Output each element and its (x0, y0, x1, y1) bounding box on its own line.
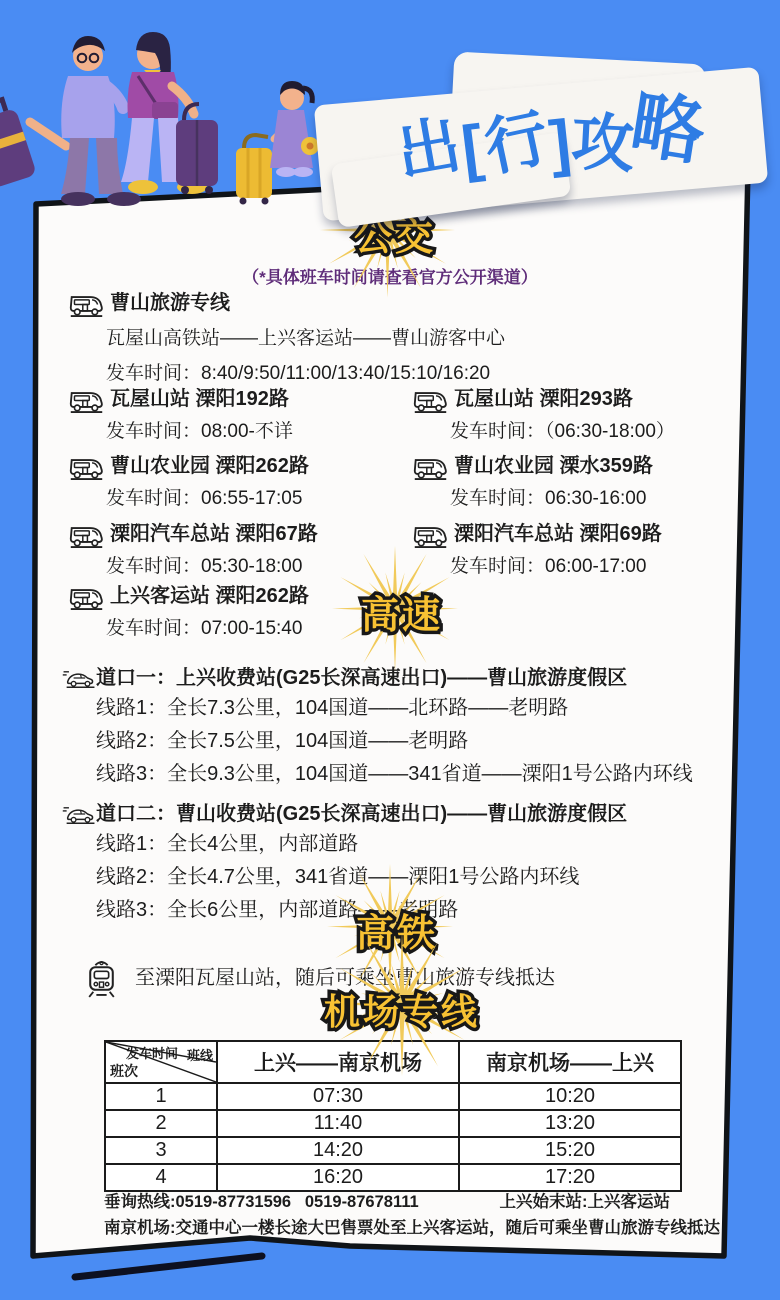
route-name: 溧阳汽车总站 溧阳67路 (110, 521, 318, 548)
bus-route-card: 瓦屋山站 溧阳192路 发车时间：08:00-不详 (68, 386, 293, 445)
bus-icon (68, 291, 105, 318)
airport-access-note: 南京机场:交通中心一楼长途大巴售票处至上兴客运站，随后可乘坐曹山旅游专线抵达 (104, 1214, 754, 1238)
route-name: 曹山农业园 溧阳262路 (110, 453, 309, 480)
trip-number: 3 (105, 1137, 217, 1164)
terminus-note: 上兴始末站:上兴客运站 (500, 1188, 671, 1212)
return-time: 17:20 (459, 1164, 681, 1191)
bus-route-card: 瓦屋山站 溧阳293路 发车时间：（06:30-18:00） (412, 386, 675, 445)
highway-gate-card: 道口一：上兴收费站(G25长深高速出口)——曹山旅游度假区 线路1：全长7.3公… (62, 664, 693, 791)
outbound-time: 14:20 (217, 1137, 459, 1164)
route-name: 上兴客运站 溧阳262路 (110, 583, 309, 610)
bus-icon (68, 387, 105, 414)
route-name: 溧阳汽车总站 溧阳69路 (454, 521, 662, 548)
table-corner-cell: 发车时间 班线 班次 (105, 1041, 217, 1083)
route-times: 发车时间：08:00-不详 (106, 419, 293, 445)
girl-figure (270, 81, 319, 177)
trip-number: 2 (105, 1110, 217, 1137)
column-header-return: 南京机场——上兴 (459, 1041, 681, 1083)
table-row: 3 14:20 15:20 (105, 1137, 681, 1164)
travel-guide-poster: 出[行]攻略 公交 公交 （*具体班车时间请查看官方公开渠道） 曹山旅游专线 瓦… (0, 0, 780, 1300)
route-times: 发车时间：07:00-15:40 (106, 616, 309, 642)
bus-icon (68, 522, 105, 549)
bus-route-card: 上兴客运站 溧阳262路 发车时间：07:00-15:40 (68, 583, 309, 642)
return-time: 15:20 (459, 1137, 681, 1164)
gate-route-line: 线路2：全长7.5公里，104国道——老明路 (96, 725, 693, 758)
table-row: 1 07:30 10:20 (105, 1083, 681, 1110)
tilted-suitcase (0, 96, 37, 188)
corner-label-line: 班线 (187, 1045, 213, 1064)
route-times: 发车时间：06:55-17:05 (106, 486, 309, 512)
bus-route-card: 溧阳汽车总站 溧阳67路 发车时间：05:30-18:00 (68, 521, 318, 580)
yellow-suitcase (236, 135, 272, 205)
gate-route-line: 线路3：全长9.3公里，104国道——341省道——溧阳1号公路内环线 (96, 758, 693, 791)
bus-icon (412, 387, 449, 414)
section-header-highway: 高速 高速 (317, 596, 487, 638)
route-times: 发车时间：06:00-17:00 (450, 554, 662, 580)
table-footnote-row: 垂询热线:0519-87731596 0519-87678111 上兴始末站:上… (104, 1188, 670, 1212)
route-times: 发车时间：8:40/9:50/11:00/13:40/15:10/16:20 (106, 361, 505, 387)
outbound-time: 07:30 (217, 1083, 459, 1110)
bus-route-card: 曹山农业园 溧阳262路 发车时间：06:55-17:05 (68, 453, 309, 512)
section-header-airport: 机场专线 机场专线 (262, 992, 542, 1032)
corner-label-no: 班次 (110, 1061, 138, 1081)
outbound-time: 16:20 (217, 1164, 459, 1191)
car-icon (62, 802, 96, 826)
hotline-note: 垂询热线:0519-87731596 0519-87678111 (104, 1188, 419, 1212)
car-icon (62, 666, 96, 690)
airport-header-text: 机场专线 (324, 991, 480, 1032)
dark-suitcase (176, 104, 218, 194)
family-travelers-illustration (0, 6, 345, 231)
trip-number: 1 (105, 1083, 217, 1110)
route-times: 发车时间：06:30-16:00 (450, 486, 653, 512)
bus-icon (68, 584, 105, 611)
outbound-time: 11:40 (217, 1110, 459, 1137)
return-time: 13:20 (459, 1110, 681, 1137)
route-stops: 瓦屋山高铁站——上兴客运站——曹山游客中心 (106, 326, 505, 352)
trip-number: 4 (105, 1164, 217, 1191)
gate-title: 道口二：曹山收费站(G25长深高速出口)——曹山旅游度假区 (96, 800, 627, 828)
route-times: 发车时间：05:30-18:00 (106, 554, 318, 580)
gate-route-line: 线路1：全长7.3公里，104国道——北环路——老明路 (96, 692, 693, 725)
table-row: 4 16:20 17:20 (105, 1164, 681, 1191)
corner-label-time: 发车时间 (126, 1043, 178, 1062)
bus-icon (68, 454, 105, 481)
table-row: 2 11:40 13:20 (105, 1110, 681, 1137)
route-name: 瓦屋山站 溧阳293路 (454, 386, 675, 413)
bus-route-card: 曹山农业园 溧水359路 发车时间：06:30-16:00 (412, 453, 653, 512)
return-time: 10:20 (459, 1083, 681, 1110)
train-icon (83, 958, 120, 999)
route-name: 瓦屋山站 溧阳192路 (110, 386, 293, 413)
highway-header-text: 高速 (361, 595, 443, 637)
route-times: 发车时间：（06:30-18:00） (450, 419, 675, 445)
route-name: 曹山农业园 溧水359路 (454, 453, 653, 480)
bus-icon (412, 454, 449, 481)
